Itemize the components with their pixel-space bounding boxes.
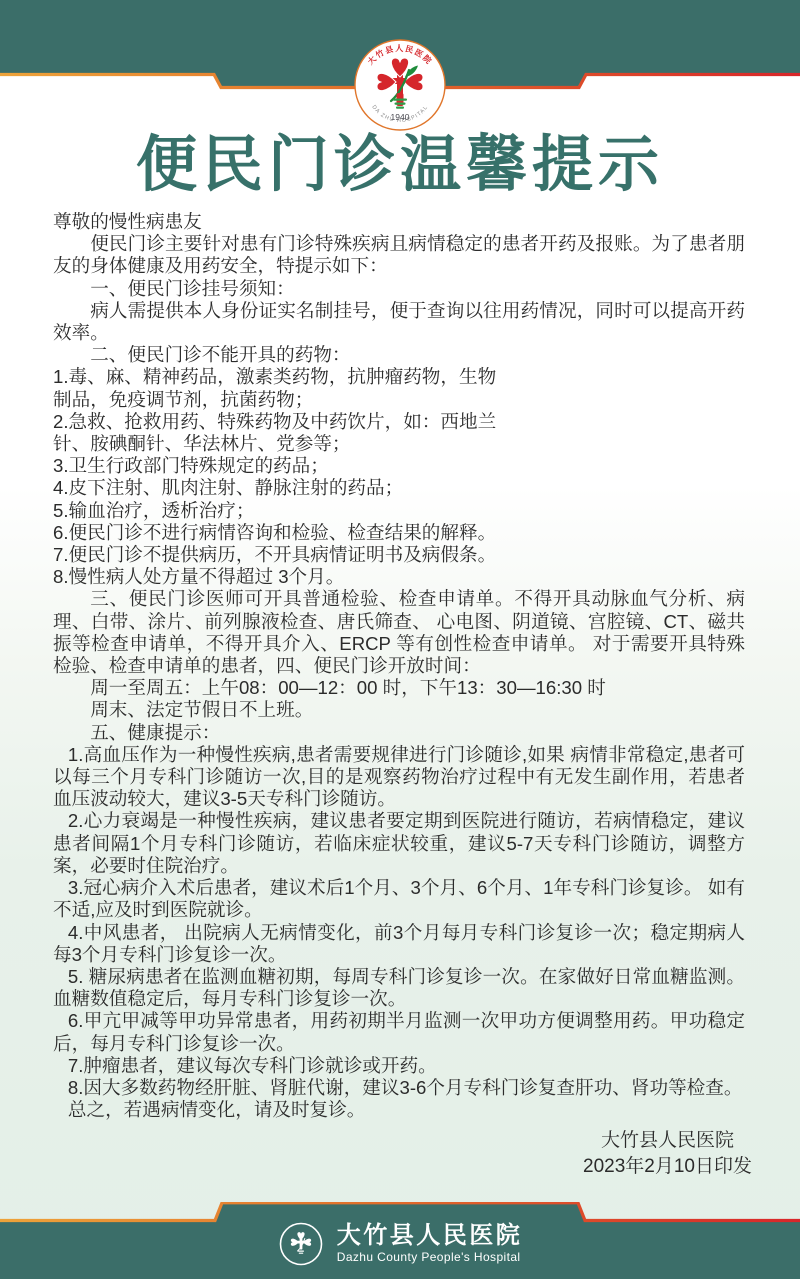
notice-poster: 大竹县人民医院 DA ZHU HOSPITAL 1940 便民门诊温馨提示 [0, 0, 800, 1279]
notice-body: 尊敬的慢性病患友便民门诊主要针对患有门诊特殊疾病且病情稳定的患者开药及报账。为了… [53, 211, 745, 1121]
paragraph: 2.心力衰竭是一种慢性疾病，建议患者要定期到医院进行随访，若病情稳定，建议患者间… [53, 810, 745, 877]
signature-block: 大竹县人民医院 2023年2月10日印发 [583, 1128, 752, 1180]
paragraph: 周末、法定节假日不上班。 [53, 699, 745, 721]
paragraph: 周一至周五：上午08：00—12：00 时，下午13：30—16:30 时 [53, 677, 745, 699]
paragraph: 二、便民门诊不能开具的药物： [53, 344, 745, 366]
paragraph: 五、健康提示： [53, 722, 745, 744]
paragraph: 5. 糖尿病患者在监测血糖初期，每周专科门诊复诊一次。在家做好日常血糖监测。血糖… [53, 966, 745, 1010]
paragraph: 三、便民门诊医师可开具普通检验、检查申请单。不得开具动脉血气分析、病理、白带、涂… [53, 588, 745, 677]
footer-hospital-name-en: Dazhu County People's Hospital [337, 1249, 523, 1265]
paragraph: 8.因大多数药物经肝脏、肾脏代谢，建议3-6个月专科门诊复查肝功、肾功等检查。 [53, 1077, 745, 1099]
paragraph: 病人需提供本人身份证实名制挂号，便于查询以往用药情况，同时可以提高开药效率。 [53, 300, 745, 344]
paragraph: 一、便民门诊挂号须知： [53, 278, 745, 300]
paragraph: 5.输血治疗，透析治疗； [53, 500, 745, 522]
signature-date: 2023年2月10日印发 [583, 1154, 752, 1180]
paragraph: 4.皮下注射、肌肉注射、静脉注射的药品； [53, 477, 745, 499]
paragraph: 7.肿瘤患者，建议每次专科门诊就诊或开药。 [53, 1055, 745, 1077]
signature-org: 大竹县人民医院 [583, 1128, 752, 1154]
paragraph: 2.急救、抢救用药、特殊药物及中药饮片，如：西地兰 针、胺碘酮针、华法林片、党参… [53, 411, 745, 455]
footer-hospital-name-cn: 大竹县人民医院 [337, 1223, 523, 1249]
paragraph: 便民门诊主要针对患有门诊特殊疾病且病情稳定的患者开药及报账。为了患者朋友的身体健… [53, 233, 745, 277]
paragraph: 3.冠心病介入术后患者，建议术后1个月、3个月、6个月、1年专科门诊复诊。 如有… [53, 877, 745, 921]
page-title: 便民门诊温馨提示 [0, 131, 800, 198]
paragraph: 尊敬的慢性病患友 [53, 211, 745, 233]
paragraph: 总之，若遇病情变化，请及时复诊。 [53, 1099, 745, 1121]
paragraph: 3.卫生行政部门特殊规定的药品； [53, 455, 745, 477]
paragraph: 6.甲亢甲减等甲功异常患者，用药初期半月监测一次甲功方便调整用药。甲功稳定后，每… [53, 1010, 745, 1054]
paragraph: 1.毒、麻、精神药品，激素类药物，抗肿瘤药物，生物 制品，免疫调节剂，抗菌药物； [53, 366, 745, 410]
paragraph: 4.中风患者， 出院病人无病情变化，前3个月每月专科门诊复诊一次；稳定期病人每3… [53, 922, 745, 966]
hospital-logo-icon: 大竹县人民医院 DA ZHU HOSPITAL 1940 [352, 37, 448, 133]
paragraph: 7.便民门诊不提供病历，不开具病情证明书及病假条。 [53, 544, 745, 566]
logo-year: 1940 [391, 112, 410, 122]
paragraph: 8.慢性病人处方量不得超过 3个月。 [53, 566, 745, 588]
paragraph: 6.便民门诊不进行病情咨询和检验、检查结果的解释。 [53, 522, 745, 544]
footer-logo-icon [278, 1221, 324, 1267]
hospital-logo: 大竹县人民医院 DA ZHU HOSPITAL 1940 [352, 37, 448, 133]
paragraph: 1.高血压作为一种慢性疾病,患者需要规律进行门诊随诊,如果 病情非常稳定,患者可… [53, 744, 745, 811]
footer-content: 大竹县人民医院 Dazhu County People's Hospital [0, 1221, 800, 1267]
